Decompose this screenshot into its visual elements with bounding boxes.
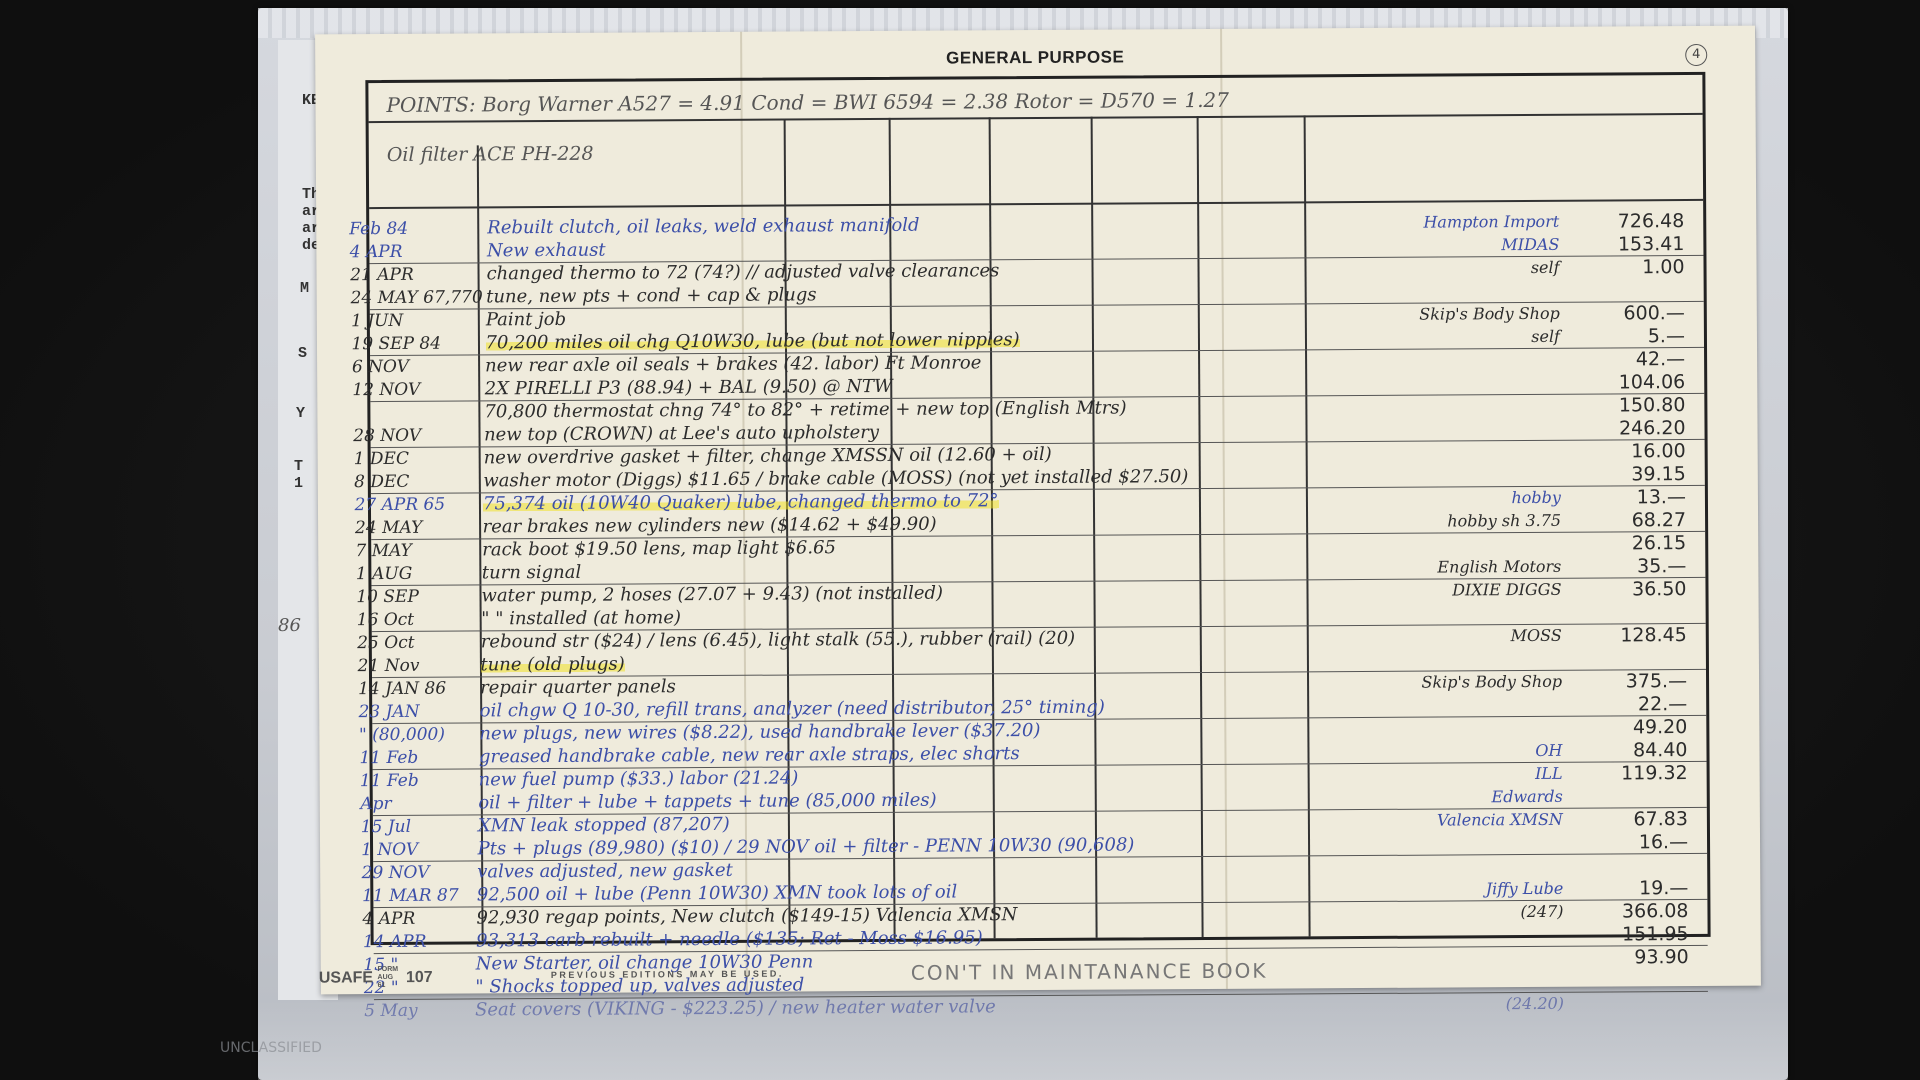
entry-cost: 16.— xyxy=(1568,832,1688,853)
entry-vendor: Skip's Body Shop xyxy=(1412,672,1562,693)
entry-date: 14 JAN 86 xyxy=(358,679,446,700)
table-row: " (80,000)new plugs, new wires ($8.22), … xyxy=(368,75,1702,83)
table-row: 5 MaySeat covers (VIKING - $223.25) / ne… xyxy=(368,75,1702,83)
entry-cost: 36.50 xyxy=(1566,579,1686,600)
table-row: 70,800 thermostat chng 74° to 82° + reti… xyxy=(368,75,1702,83)
table-row: 14 JAN 86repair quarter panelsSkip's Bod… xyxy=(368,75,1702,83)
table-row: 8 DECwasher motor (Diggs) $11.65 / brake… xyxy=(368,75,1702,83)
entry-cost xyxy=(1567,602,1687,603)
grid-col-line xyxy=(1197,116,1204,937)
entry-date: " (80,000) xyxy=(359,725,445,746)
entry-vendor: hobby xyxy=(1411,488,1561,509)
entry-description: oil + filter + lube + tappets + tune (85… xyxy=(478,791,937,814)
entry-cost: 68.27 xyxy=(1566,510,1686,531)
underlying-letter: 1 xyxy=(294,475,303,492)
table-row: 4 APRNew exhaustMIDAS153.41 xyxy=(368,75,1702,83)
sleeve-glare xyxy=(258,1000,1788,1080)
table-row: 1 DECnew overdrive gasket + filter, chan… xyxy=(368,75,1702,83)
table-row: 10 SEPwater pump, 2 hoses (27.07 + 9.43)… xyxy=(368,75,1702,83)
form-note: PREVIOUS EDITIONS MAY BE USED. xyxy=(551,969,784,980)
entry-description: new fuel pump ($33.) labor (21.24) xyxy=(479,768,799,790)
entry-date: 21 Nov xyxy=(358,656,420,676)
entry-cost: 600.— xyxy=(1565,303,1685,324)
entry-date: 24 MAY 67,770 xyxy=(351,287,483,308)
record-grid: POINTS: Borg Warner A527 = 4.91 Cond = B… xyxy=(365,72,1710,945)
grid-col-line xyxy=(989,117,996,938)
table-row: 28 NOVnew top (CROWN) at Lee's auto upho… xyxy=(368,75,1702,83)
entry-date: 6 NOV xyxy=(352,357,409,377)
table-row: 14 APR93,313 carb rebuilt + needle ($135… xyxy=(368,75,1702,83)
table-row: Aproil + filter + lube + tappets + tune … xyxy=(368,75,1702,83)
table-row: 19 SEP 8470,200 miles oil chg Q10W30, lu… xyxy=(368,75,1702,83)
entry-date: 19 SEP 84 xyxy=(351,334,441,355)
table-row: 12 NOV2X PIRELLI P3 (88.94) + BAL (9.50)… xyxy=(368,75,1702,83)
table-row: Feb 84Rebuilt clutch, oil leaks, weld ex… xyxy=(368,75,1702,83)
form-id: USAFE FORM AUG 61 107 xyxy=(319,966,433,991)
entry-vendor xyxy=(1410,350,1560,351)
table-row: 1 JUNPaint jobSkip's Body Shop600.— xyxy=(368,75,1702,83)
table-row: 15 JulXMN leak stopped (87,207)Valencia … xyxy=(368,75,1702,83)
entry-date: 11 Feb xyxy=(360,771,419,791)
entry-cost: 26.15 xyxy=(1566,533,1686,554)
table-row: 1 NOVPts + plugs (89,980) ($10) / 29 NOV… xyxy=(368,75,1702,83)
entry-description: 92,930 regap points, New clutch ($149-15… xyxy=(476,905,1017,928)
oil-filter-line: Oil filter ACE PH-228 xyxy=(387,144,594,165)
entry-vendor: self xyxy=(1410,327,1560,348)
form-title: GENERAL PURPOSE xyxy=(315,44,1755,73)
entry-description: rear brakes new cylinders new ($14.62 + … xyxy=(483,515,937,538)
entry-date: Feb 84 xyxy=(349,219,408,239)
entry-date: 21 APR xyxy=(350,265,414,285)
underlying-letter: S xyxy=(298,345,307,362)
entry-vendor xyxy=(1410,419,1560,420)
entry-vendor: Skip's Body Shop xyxy=(1410,304,1560,325)
entry-cost: 375.— xyxy=(1567,671,1687,692)
entry-vendor xyxy=(1414,971,1564,972)
entry-description: Pts + plugs (89,980) ($10) / 29 NOV oil … xyxy=(478,835,1135,859)
entry-date: 1 JUN xyxy=(351,311,403,331)
entry-vendor: ILL xyxy=(1413,764,1563,785)
entry-cost: 49.20 xyxy=(1567,717,1687,738)
entry-vendor xyxy=(1410,396,1560,397)
entry-description: greased handbrake cable, new rear axle s… xyxy=(479,744,1020,767)
sleeve-label: UNCLASSIFIED xyxy=(220,1040,322,1056)
entry-cost xyxy=(1568,855,1688,856)
entry-date: 4 APR xyxy=(350,242,403,262)
entry-cost xyxy=(1569,970,1689,971)
entry-description: Rebuilt clutch, oil leaks, weld exhaust … xyxy=(487,216,919,239)
table-row: 27 APR 6575,374 oil (10W40 Quaker) lube,… xyxy=(368,75,1702,83)
table-row: 7 MAYrack boot $19.50 lens, map light $6… xyxy=(368,75,1702,83)
entry-vendor: MOSS xyxy=(1412,626,1562,647)
entry-cost: 5.— xyxy=(1565,326,1685,347)
entry-cost: 35.— xyxy=(1566,556,1686,577)
entry-date: 10 SEP xyxy=(356,587,419,607)
entry-cost: 128.45 xyxy=(1567,625,1687,646)
entry-vendor xyxy=(1412,603,1562,604)
page-number: 4 xyxy=(1685,44,1707,66)
entry-description: 92,500 oil + lube (Penn 10W30) XMN took … xyxy=(477,883,957,906)
entry-cost: 22.— xyxy=(1567,694,1687,715)
entry-cost: 104.06 xyxy=(1565,372,1685,393)
entry-cost: 119.32 xyxy=(1568,763,1688,784)
form-id-text: USAFE xyxy=(319,969,373,986)
entry-date: 14 APR xyxy=(363,932,427,952)
entry-date: 4 APR xyxy=(362,909,415,929)
entry-date: Apr xyxy=(360,794,391,814)
entry-date: 7 MAY xyxy=(355,541,412,561)
form-label: FORM AUG 61 xyxy=(377,966,401,990)
entry-cost: 93.90 xyxy=(1569,947,1689,968)
table-row: 11 Febnew fuel pump ($33.) labor (21.24)… xyxy=(368,75,1702,83)
table-row: 4 APR92,930 regap points, New clutch ($1… xyxy=(368,75,1702,83)
entry-vendor xyxy=(1411,534,1561,535)
entry-cost: 726.48 xyxy=(1564,211,1684,232)
entry-date: 15 Jul xyxy=(361,817,411,837)
maintenance-record-card: GENERAL PURPOSE 4 POINTS: Borg Warner A5… xyxy=(315,26,1761,995)
entry-description: turn signal xyxy=(482,563,581,584)
grid-row-line xyxy=(369,199,1703,210)
entry-vendor: MIDAS xyxy=(1409,235,1559,256)
entry-vendor xyxy=(1410,373,1560,374)
entry-date: 12 NOV xyxy=(352,380,420,400)
entry-description: oil chgw Q 10-30, refill trans, analyzer… xyxy=(480,698,1105,722)
entry-description: Paint job xyxy=(486,310,566,330)
table-row: 22 "" Shocks topped up, valves adjusted xyxy=(368,75,1702,83)
entry-vendor xyxy=(1411,465,1561,466)
entry-cost xyxy=(1565,280,1685,281)
table-row: 24 MAY 67,770tune, new pts + cond + cap … xyxy=(368,75,1702,83)
entry-cost: 1.00 xyxy=(1564,257,1684,278)
entry-date: 1 AUG xyxy=(356,564,413,584)
entry-vendor: OH xyxy=(1412,741,1562,762)
entry-vendor: hobby sh 3.75 xyxy=(1411,511,1561,532)
table-row: 15 "New Starter, oil change 10W30 Penn93… xyxy=(368,75,1702,83)
entry-date: 25 Oct xyxy=(357,633,414,653)
entry-cost: 42.— xyxy=(1565,349,1685,370)
entry-cost: 39.15 xyxy=(1566,464,1686,485)
points-line: POINTS: Borg Warner A527 = 4.91 Cond = B… xyxy=(386,90,1229,115)
table-row: 11 MAR 8792,500 oil + lube (Penn 10W30) … xyxy=(368,75,1702,83)
entry-vendor: English Motors xyxy=(1411,557,1561,578)
entry-cost: 366.08 xyxy=(1568,901,1688,922)
entry-date: 29 NOV xyxy=(362,863,430,883)
entry-description: repair quarter panels xyxy=(480,677,676,698)
table-row: 16 Oct" " installed (at home) xyxy=(368,75,1702,83)
entry-cost: 13.— xyxy=(1566,487,1686,508)
entry-vendor xyxy=(1414,948,1564,949)
entry-description: rebound str ($24) / lens (6.45), light s… xyxy=(481,629,1075,653)
table-row: 6 NOVnew rear axle oil seals + brakes (4… xyxy=(368,75,1702,83)
entry-description: New exhaust xyxy=(487,241,606,262)
entry-date: 28 NOV xyxy=(353,426,421,446)
entry-vendor xyxy=(1412,718,1562,719)
entry-vendor: self xyxy=(1409,258,1559,279)
entry-cost xyxy=(1568,786,1688,787)
table-row: 21 APRchanged thermo to 72 (74?) // adju… xyxy=(368,75,1702,83)
entry-cost: 16.00 xyxy=(1566,441,1686,462)
entry-description: 93,313 carb rebuilt + needle ($135; Ret … xyxy=(476,928,983,951)
entry-cost: 67.83 xyxy=(1568,809,1688,830)
entry-date: 24 MAY xyxy=(355,518,422,538)
entry-cost: 151.95 xyxy=(1569,924,1689,945)
entry-vendor: Edwards xyxy=(1413,787,1563,808)
entry-vendor: (247) xyxy=(1413,902,1563,923)
entry-date: 1 NOV xyxy=(361,840,418,860)
grid-col-line xyxy=(1091,117,1098,938)
entry-cost xyxy=(1567,648,1687,649)
entry-description: " " installed (at home) xyxy=(481,608,681,629)
entry-vendor xyxy=(1411,442,1561,443)
entry-description: tune, new pts + cond + cap & plugs xyxy=(486,285,817,307)
table-row: 23 JANoil chgw Q 10-30, refill trans, an… xyxy=(368,75,1702,83)
entry-vendor: DIXIE DIGGS xyxy=(1411,580,1561,601)
table-row: 21 Novtune (old plugs) xyxy=(368,75,1702,83)
entry-vendor: Jiffy Lube xyxy=(1413,879,1563,900)
entry-description: tune (old plugs) xyxy=(480,655,624,676)
entry-description: 75,374 oil (10W40 Quaker) lube, changed … xyxy=(483,491,999,514)
entry-date: 11 Feb xyxy=(359,748,418,768)
entry-date: 8 DEC xyxy=(354,472,409,492)
entry-vendor xyxy=(1410,281,1560,282)
continuation-note: CON'T IN MAINTANANCE BOOK xyxy=(911,959,1268,985)
entry-vendor xyxy=(1412,649,1562,650)
entry-vendor xyxy=(1413,856,1563,857)
table-row: 25 Octrebound str ($24) / lens (6.45), l… xyxy=(368,75,1702,83)
entry-description: new plugs, new wires ($8.22), used handb… xyxy=(479,721,1040,744)
entry-date: 23 JAN xyxy=(358,702,419,722)
entry-cost: 84.40 xyxy=(1567,740,1687,761)
entry-vendor: Valencia XMSN xyxy=(1413,810,1563,831)
entry-date: 16 Oct xyxy=(357,610,414,630)
entry-description: new overdrive gasket + filter, change XM… xyxy=(484,445,1052,468)
entry-description: valves adjusted, new gasket xyxy=(477,861,733,883)
underlying-letter: T xyxy=(294,458,303,475)
entry-vendor xyxy=(1414,925,1564,926)
table-row: 1 AUGturn signalEnglish Motors35.— xyxy=(368,75,1702,83)
form-number: 107 xyxy=(406,969,433,986)
entry-cost: 153.41 xyxy=(1564,234,1684,255)
entry-cost: 19.— xyxy=(1568,878,1688,899)
entry-description: 70,800 thermostat chng 74° to 82° + reti… xyxy=(484,398,1126,422)
entry-date: 27 APR 65 xyxy=(355,495,446,516)
underlying-letter: Y xyxy=(296,405,305,422)
entry-date: 11 MAR 87 xyxy=(362,886,459,907)
entry-description: XMN leak stopped (87,207) xyxy=(478,815,730,837)
entry-vendor xyxy=(1412,695,1562,696)
entry-cost: 246.20 xyxy=(1565,418,1685,439)
table-row: 24 MAYrear brakes new cylinders new ($14… xyxy=(368,75,1702,83)
grid-col-line xyxy=(1304,115,1311,936)
entry-description: new rear axle oil seals + brakes (42. la… xyxy=(485,353,981,376)
entry-description: 2X PIRELLI P3 (88.94) + BAL (9.50) @ NTW xyxy=(485,377,893,399)
entry-vendor: Hampton Import xyxy=(1409,212,1559,233)
entry-cost: 150.80 xyxy=(1565,395,1685,416)
entry-description: 70,200 miles oil chg Q10W30, lube (but n… xyxy=(485,330,1019,353)
table-row: 29 NOVvalves adjusted, new gasket xyxy=(368,75,1702,83)
entry-description: changed thermo to 72 (74?) // adjusted v… xyxy=(486,261,999,284)
margin-year-note: 86 xyxy=(278,615,301,636)
entry-description: new top (CROWN) at Lee's auto upholstery xyxy=(484,423,879,445)
underlying-letter: M xyxy=(300,280,309,297)
table-row: 11 Febgreased handbrake cable, new rear … xyxy=(368,75,1702,83)
entry-description: rack boot $19.50 lens, map light $6.65 xyxy=(482,538,836,560)
entry-date: 1 DEC xyxy=(354,449,409,469)
entry-description: water pump, 2 hoses (27.07 + 9.43) (not … xyxy=(481,584,943,607)
entry-vendor xyxy=(1413,833,1563,834)
